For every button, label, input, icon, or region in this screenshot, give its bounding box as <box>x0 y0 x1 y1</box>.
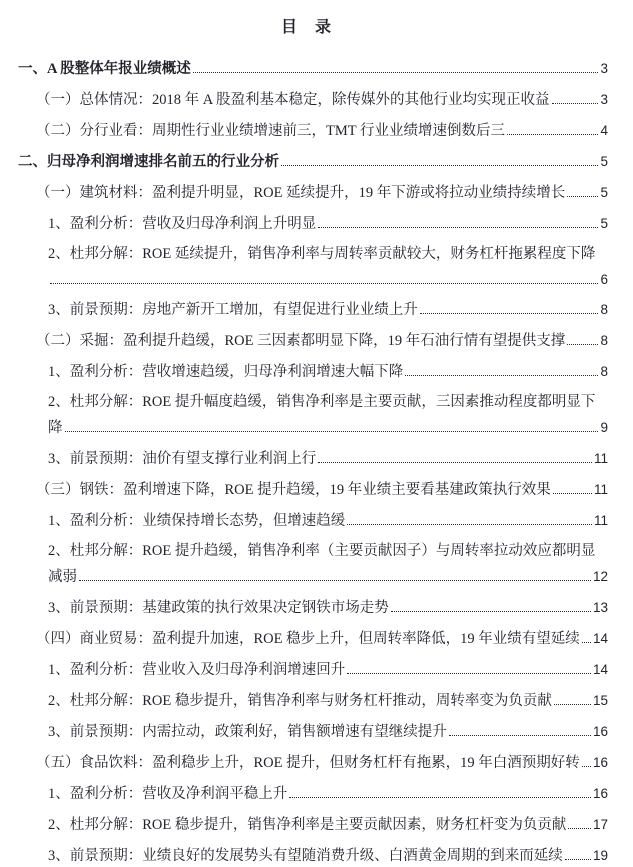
toc-page-number: 17 <box>593 812 608 837</box>
toc-entry: 1、盈利分析：营收及归母净利润上升明显5 <box>18 211 608 237</box>
toc-entry-line: 3、前景预期：房地产新开工增加，有望促进行业业绩上升8 <box>48 297 608 323</box>
toc-entry-line: 1、盈利分析：营收及归母净利润上升明显5 <box>48 211 608 237</box>
toc-page-number: 3 <box>600 87 608 112</box>
toc-entry-text: 1、盈利分析：营收及净利润平稳上升 <box>48 782 287 807</box>
toc-entry: （五）食品饮料：盈利稳步上升，ROE 提升，但财务杠杆有拖累，19 年白酒预期好… <box>18 750 608 776</box>
toc-page-number: 16 <box>593 750 608 775</box>
toc-entry: （二）分行业看：周期性行业业绩增速前三，TMT 行业业绩增速倒数后三4 <box>18 118 608 144</box>
dot-leader <box>347 673 591 674</box>
toc-entry-text: 3、前景预期：内需拉动，政策利好，销售额增速有望继续提升 <box>48 720 447 745</box>
toc-entry: 3、前景预期：油价有望支撑行业利润上行11 <box>18 446 608 472</box>
toc-entry-line: （一）总体情况：2018 年 A 股盈利基本稳定，除传媒外的其他行业均实现正收益… <box>36 87 608 113</box>
toc-entry-line: （五）食品饮料：盈利稳步上升，ROE 提升，但财务杠杆有拖累，19 年白酒预期好… <box>36 750 608 776</box>
dot-leader <box>65 431 599 432</box>
toc-entry-line: 3、前景预期：油价有望支撑行业利润上行11 <box>48 446 608 472</box>
toc-entry-line: 二、归母净利润增速排名前五的行业分析5 <box>18 149 608 175</box>
toc-entry: 3、前景预期：内需拉动，政策利好，销售额增速有望继续提升16 <box>18 719 608 745</box>
toc-entry-line: 2、杜邦分解：ROE 稳步提升，销售净利率与财务杠杆推动，周转率变为负贡献15 <box>48 688 608 714</box>
toc-page-number: 16 <box>593 781 608 806</box>
toc-page-number: 12 <box>593 564 608 589</box>
dot-leader <box>318 227 598 228</box>
toc-entry: 1、盈利分析：业绩保持增长态势，但增速趋缓11 <box>18 508 608 534</box>
toc-entry-text: 减弱 <box>48 565 77 590</box>
toc-entry-text: （一）建筑材料：盈利提升明显，ROE 延续提升，19 年下游或将拉动业绩持续增长 <box>36 181 565 206</box>
toc-entry-line: 1、盈利分析：业绩保持增长态势，但增速趋缓11 <box>48 508 608 534</box>
toc-title: 目 录 <box>18 16 608 40</box>
document-page: 目 录 一、A 股整体年报业绩概述3（一）总体情况：2018 年 A 股盈利基本… <box>0 0 633 867</box>
toc-entry: 2、杜邦分解：ROE 稳步提升，销售净利率是主要贡献因素，财务杠杆变为负贡献17 <box>18 812 608 838</box>
toc-entry-text: 2、杜邦分解：ROE 提升幅度趋缓，销售净利率是主要贡献，三因素推动程度都明显下 <box>48 390 595 415</box>
toc-entry: 一、A 股整体年报业绩概述3 <box>18 56 608 82</box>
toc-entry-line: 1、盈利分析：营收增速趋缓，归母净利润增速大幅下降8 <box>48 359 608 385</box>
toc-entry-line: 2、杜邦分解：ROE 延续提升，销售净利率与周转率贡献较大，财务杠杆拖累程度下降 <box>48 242 608 267</box>
toc-page-number: 5 <box>600 211 608 236</box>
toc-entry-line: 3、前景预期：内需拉动，政策利好，销售额增速有望继续提升16 <box>48 719 608 745</box>
toc-page-number: 16 <box>593 719 608 744</box>
toc-entry-line: 1、盈利分析：营收及净利润平稳上升16 <box>48 781 608 807</box>
toc-entry: 二、归母净利润增速排名前五的行业分析5 <box>18 149 608 175</box>
toc-page-number: 11 <box>594 477 608 502</box>
toc-entry-line: 3、前景预期：基建政策的执行效果决定钢铁市场走势13 <box>48 595 608 621</box>
toc-page-number: 15 <box>593 688 608 713</box>
dot-leader <box>553 493 592 494</box>
toc-entry: 2、杜邦分解：ROE 提升幅度趋缓，销售净利率是主要贡献，三因素推动程度都明显下… <box>18 390 608 441</box>
toc-entry-text: （二）采掘：盈利提升趋缓，ROE 三因素都明显下降，19 年石油行情有望提供支撑 <box>36 329 565 354</box>
toc-entry-line: （三）钢铁：盈利增速下降，ROE 提升趋缓，19 年业绩主要看基建政策执行效果1… <box>36 477 608 503</box>
toc-page-number: 11 <box>594 446 608 471</box>
toc-entry-text: （三）钢铁：盈利增速下降，ROE 提升趋缓，19 年业绩主要看基建政策执行效果 <box>36 478 551 503</box>
toc-entry-text: 1、盈利分析：营收及归母净利润上升明显 <box>48 212 316 237</box>
toc-entry-text: 3、前景预期：油价有望支撑行业利润上行 <box>48 447 316 472</box>
toc-entry-line: （二）采掘：盈利提升趋缓，ROE 三因素都明显下降，19 年石油行情有望提供支撑… <box>36 328 608 354</box>
toc-entry: 1、盈利分析：营业收入及归母净利润增速回升14 <box>18 657 608 683</box>
dot-leader <box>391 611 591 612</box>
toc-entry-text: 3、前景预期：基建政策的执行效果决定钢铁市场走势 <box>48 596 389 621</box>
toc-entry-text: 3、前景预期：房地产新开工增加，有望促进行业业绩上升 <box>48 298 418 323</box>
toc-entry-text: 2、杜邦分解：ROE 提升趋缓，销售净利率（主要贡献因子）与周转率拉动效应都明显 <box>48 539 595 564</box>
dot-leader <box>79 580 591 581</box>
dot-leader <box>568 828 591 829</box>
toc-page-number: 14 <box>593 657 608 682</box>
toc-list: 一、A 股整体年报业绩概述3（一）总体情况：2018 年 A 股盈利基本稳定，除… <box>18 56 608 867</box>
toc-entry-text: 1、盈利分析：营业收入及归母净利润增速回升 <box>48 658 345 683</box>
dot-leader <box>507 134 599 135</box>
dot-leader <box>567 344 598 345</box>
toc-entry-line: 1、盈利分析：营业收入及归母净利润增速回升14 <box>48 657 608 683</box>
dot-leader <box>193 72 599 73</box>
dot-leader <box>552 103 599 104</box>
dot-leader <box>582 766 591 767</box>
toc-page-number: 14 <box>593 626 608 651</box>
toc-entry-text: 3、前景预期：业绩良好的发展势头有望随消费升级、白酒黄金周期的到来而延续 <box>48 844 563 867</box>
dot-leader <box>281 165 598 166</box>
toc-entry-line: 2、杜邦分解：ROE 提升幅度趋缓，销售净利率是主要贡献，三因素推动程度都明显下 <box>48 390 608 415</box>
toc-entry: （四）商业贸易：盈利提升加速，ROE 稳步上升，但周转率降低，19 年业绩有望延… <box>18 626 608 652</box>
dot-leader <box>405 375 598 376</box>
toc-entry-text: 1、盈利分析：业绩保持增长态势，但增速趋缓 <box>48 509 345 534</box>
toc-entry-text: 2、杜邦分解：ROE 延续提升，销售净利率与周转率贡献较大，财务杠杆拖累程度下降 <box>48 242 595 267</box>
toc-entry-continuation-line: 降9 <box>48 415 608 441</box>
toc-page-number: 6 <box>600 267 608 292</box>
toc-page-number: 3 <box>600 56 608 81</box>
toc-entry-text: （四）商业贸易：盈利提升加速，ROE 稳步上升，但周转率降低，19 年业绩有望延… <box>36 627 580 652</box>
dot-leader <box>347 524 592 525</box>
toc-entry-text: （一）总体情况：2018 年 A 股盈利基本稳定，除传媒外的其他行业均实现正收益 <box>36 88 550 113</box>
toc-page-number: 5 <box>600 180 608 205</box>
toc-page-number: 13 <box>593 595 608 620</box>
toc-entry-line: 2、杜邦分解：ROE 稳步提升，销售净利率是主要贡献因素，财务杠杆变为负贡献17 <box>48 812 608 838</box>
toc-entry-line: （二）分行业看：周期性行业业绩增速前三，TMT 行业业绩增速倒数后三4 <box>36 118 608 144</box>
dot-leader <box>50 283 598 284</box>
toc-entry-line: 3、前景预期：业绩良好的发展势头有望随消费升级、白酒黄金周期的到来而延续19 <box>48 843 608 867</box>
toc-entry: （三）钢铁：盈利增速下降，ROE 提升趋缓，19 年业绩主要看基建政策执行效果1… <box>18 477 608 503</box>
toc-entry-text: 1、盈利分析：营收增速趋缓，归母净利润增速大幅下降 <box>48 360 403 385</box>
toc-entry: 3、前景预期：房地产新开工增加，有望促进行业业绩上升8 <box>18 297 608 323</box>
toc-entry: 2、杜邦分解：ROE 延续提升，销售净利率与周转率贡献较大，财务杠杆拖累程度下降… <box>18 242 608 292</box>
dot-leader <box>420 313 599 314</box>
toc-entry: 2、杜邦分解：ROE 提升趋缓，销售净利率（主要贡献因子）与周转率拉动效应都明显… <box>18 539 608 590</box>
toc-entry: 1、盈利分析：营收增速趋缓，归母净利润增速大幅下降8 <box>18 359 608 385</box>
toc-entry-continuation-line: 减弱12 <box>48 564 608 590</box>
toc-page-number: 11 <box>594 508 608 533</box>
toc-entry-continuation-line: 6 <box>48 267 608 292</box>
dot-leader <box>554 704 591 705</box>
dot-leader <box>318 462 592 463</box>
toc-page-number: 4 <box>600 118 608 143</box>
toc-entry-line: 一、A 股整体年报业绩概述3 <box>18 56 608 82</box>
toc-entry-line: （一）建筑材料：盈利提升明显，ROE 延续提升，19 年下游或将拉动业绩持续增长… <box>36 180 608 206</box>
toc-entry: （一）总体情况：2018 年 A 股盈利基本稳定，除传媒外的其他行业均实现正收益… <box>18 87 608 113</box>
toc-page-number: 5 <box>600 149 608 174</box>
toc-entry: 2、杜邦分解：ROE 稳步提升，销售净利率与财务杠杆推动，周转率变为负贡献15 <box>18 688 608 714</box>
toc-page-number: 8 <box>600 328 608 353</box>
toc-entry-text: 2、杜邦分解：ROE 稳步提升，销售净利率与财务杠杆推动，周转率变为负贡献 <box>48 689 552 714</box>
toc-entry-text: 降 <box>48 416 63 441</box>
dot-leader <box>289 797 591 798</box>
dot-leader <box>449 735 591 736</box>
toc-entry-line: （四）商业贸易：盈利提升加速，ROE 稳步上升，但周转率降低，19 年业绩有望延… <box>36 626 608 652</box>
toc-page-number: 8 <box>600 359 608 384</box>
toc-entry: （二）采掘：盈利提升趋缓，ROE 三因素都明显下降，19 年石油行情有望提供支撑… <box>18 328 608 354</box>
toc-entry: 1、盈利分析：营收及净利润平稳上升16 <box>18 781 608 807</box>
toc-entry-line: 2、杜邦分解：ROE 提升趋缓，销售净利率（主要贡献因子）与周转率拉动效应都明显 <box>48 539 608 564</box>
toc-entry-text: （二）分行业看：周期性行业业绩增速前三，TMT 行业业绩增速倒数后三 <box>36 119 505 144</box>
toc-entry: 3、前景预期：基建政策的执行效果决定钢铁市场走势13 <box>18 595 608 621</box>
toc-entry: 3、前景预期：业绩良好的发展势头有望随消费升级、白酒黄金周期的到来而延续19 <box>18 843 608 867</box>
dot-leader <box>565 859 591 860</box>
toc-entry-text: 二、归母净利润增速排名前五的行业分析 <box>18 150 279 175</box>
toc-entry-text: 一、A 股整体年报业绩概述 <box>18 57 191 82</box>
dot-leader <box>567 196 598 197</box>
toc-page-number: 8 <box>600 297 608 322</box>
toc-entry-text: （五）食品饮料：盈利稳步上升，ROE 提升，但财务杠杆有拖累，19 年白酒预期好… <box>36 751 580 776</box>
toc-page-number: 9 <box>600 415 608 440</box>
toc-page-number: 19 <box>593 843 608 867</box>
toc-entry-text: 2、杜邦分解：ROE 稳步提升，销售净利率是主要贡献因素，财务杠杆变为负贡献 <box>48 813 566 838</box>
dot-leader <box>582 642 591 643</box>
toc-entry: （一）建筑材料：盈利提升明显，ROE 延续提升，19 年下游或将拉动业绩持续增长… <box>18 180 608 206</box>
